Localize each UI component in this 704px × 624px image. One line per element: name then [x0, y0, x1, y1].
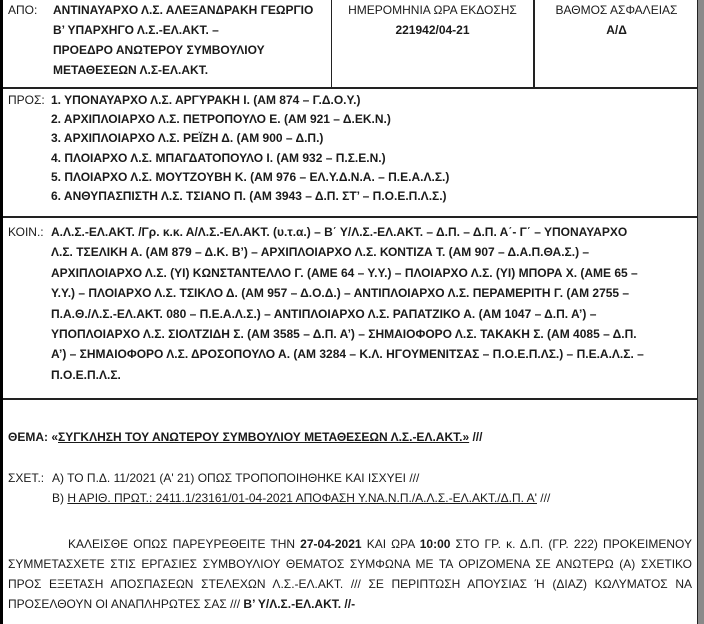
recipient-item: 6. ΑΝΘΥΠΑΣΠΙΣΤΗ Λ.Σ. ΤΣΙΑΝΟ Π. (ΑΜ 3943 …: [51, 187, 449, 206]
copies-line: ΑΡΧΙΠΛΟΙΑΡΧΟ Λ.Σ. (ΥΙ) ΚΩΝΣΤΑΝΤΕΛΛΟ Γ. (…: [51, 263, 691, 283]
from-line: ΠΡΟΕΔΡΟ ΑΝΩΤΕΡΟΥ ΣΥΜΒΟΥΛΙΟΥ: [53, 40, 343, 60]
viewer-background: [698, 0, 704, 624]
message-body: ΚΑΛΕΙΣΘΕ ΟΠΩΣ ΠΑΡΕΥΡΕΘΕΙΤΕ ΤΗΝ 27-04-202…: [8, 534, 692, 614]
reference-text: Η ΑΡΙΘ. ΠΡΩΤ.: 2411.1/23161/01-04-2021 Α…: [67, 491, 537, 505]
from-lines: ΑΝΤΙΝΑΥΑΡΧΟ Λ.Σ. ΑΛΕΞΑΝΔΡΑΚΗ ΓΕΩΡΓΙΟ Β’ …: [53, 0, 343, 80]
issue-date-cell: ΗΜΕΡΟΜΗΝΙΑ ΩΡΑ ΕΚΔΟΣΗΣ 221942/04-21: [332, 0, 533, 40]
issue-date-value: 221942/04-21: [332, 20, 533, 40]
recipients-section: ΠΡΟΣ: 1. ΥΠΟΝΑΥΑΡΧΟ Λ.Σ. ΑΡΓΥΡΑΚΗ Ι. (ΑΜ…: [3, 89, 698, 218]
issue-date-label: ΗΜΕΡΟΜΗΝΙΑ ΩΡΑ ΕΚΔΟΣΗΣ: [332, 0, 533, 20]
copies-line: Π.Α.Θ./Λ.Σ.-ΕΛ.ΑΚΤ. 080 – Π.Ε.Α.Λ.Σ.) – …: [51, 304, 691, 324]
signature: Β’ Υ/Λ.Σ.-ΕΛ.ΑΚΤ. //-: [243, 597, 355, 611]
copies-line: Α’) – ΣΗΜΑΙΟΦΟΡΟ Λ.Σ. ΔΡΟΣΟΠΟΥΛΟ Α. (ΑΜ …: [51, 344, 691, 364]
recipient-item: 4. ΠΛΟΙΑΡΧΟ Λ.Σ. ΜΠΑΓΔΑΤΟΠΟΥΛΟ Ι. (ΑΜ 93…: [51, 149, 449, 168]
meeting-time: 10:00: [420, 537, 451, 551]
subject-label: ΘΕΜΑ: «: [8, 430, 58, 444]
document-page: ΑΠΟ: ΑΝΤΙΝΑΥΑΡΧΟ Λ.Σ. ΑΛΕΞΑΝΔΡΑΚΗ ΓΕΩΡΓΙ…: [0, 0, 698, 624]
subject-title: ΣΥΓΚΛΗΣΗ ΤΟΥ ΑΝΩΤΕΡΟΥ ΣΥΜΒΟΥΛΙΟΥ ΜΕΤΑΘΕΣ…: [58, 430, 469, 444]
subject-line: ΘΕΜΑ: «ΣΥΓΚΛΗΣΗ ΤΟΥ ΑΝΩΤΕΡΟΥ ΣΥΜΒΟΥΛΙΟΥ …: [8, 430, 482, 444]
copies-label: ΚΟΙΝ.:: [8, 222, 44, 242]
recipient-item: 5. ΠΛΟΙΑΡΧΟ Λ.Σ. ΜΟΥΤΖΟΥΒΗ Κ. (ΑΜ 976 – …: [51, 168, 449, 187]
copies-section: ΚΟΙΝ.: Α.Λ.Σ.-ΕΛ.ΑΚΤ. /Γρ. κ.κ. Α/Λ.Σ.-Ε…: [3, 218, 698, 400]
copies-line: Υ.Υ.) – ΠΛΟΙΑΡΧΟ Λ.Σ. ΤΣΙΚΛΟ Δ. (ΑΜ 957 …: [51, 283, 691, 303]
security-level-cell: ΒΑΘΜΟΣ ΑΣΦΑΛΕΙΑΣ Α/Δ: [535, 0, 698, 40]
copies-text: Α.Λ.Σ.-ΕΛ.ΑΚΤ. /Γρ. κ.κ. Α/Λ.Σ.-ΕΛ.ΑΚΤ. …: [51, 222, 691, 385]
body-text: ΚΑΙ ΩΡΑ: [362, 537, 420, 551]
from-label: ΑΠΟ:: [8, 0, 37, 20]
recipients-list: 1. ΥΠΟΝΑΥΑΡΧΟ Λ.Σ. ΑΡΓΥΡΑΚΗ Ι. (ΑΜ 874 –…: [51, 91, 449, 206]
reference-item: Α) ΤΟ Π.Δ. 11/2021 (Α' 21) ΟΠΩΣ ΤΡΟΠΟΠΟΙ…: [52, 468, 550, 488]
body-paragraph: ΚΑΛΕΙΣΘΕ ΟΠΩΣ ΠΑΡΕΥΡΕΘΕΙΤΕ ΤΗΝ 27-04-202…: [8, 534, 692, 614]
copies-line: ΥΠΟΠΛΟΙΑΡΧΟ Λ.Σ. ΣΙΟΛΤΖΙΔΗ Σ. (ΑΜ 3585 –…: [51, 324, 691, 344]
references-label: ΣΧΕΤ.:: [8, 468, 44, 488]
references-list: Α) ΤΟ Π.Δ. 11/2021 (Α' 21) ΟΠΩΣ ΤΡΟΠΟΠΟΙ…: [52, 468, 550, 508]
reference-prefix: Α): [52, 471, 67, 485]
body-text: ΚΑΛΕΙΣΘΕ ΟΠΩΣ ΠΑΡΕΥΡΕΘΕΙΤΕ ΤΗΝ: [68, 537, 300, 551]
from-line: ΜΕΤΑΘΕΣΕΩΝ Λ.Σ-ΕΛ.ΑΚΤ.: [53, 60, 343, 80]
reference-item: Β) Η ΑΡΙΘ. ΠΡΩΤ.: 2411.1/23161/01-04-202…: [52, 488, 550, 508]
header-table: ΑΠΟ: ΑΝΤΙΝΑΥΑΡΧΟ Λ.Σ. ΑΛΕΞΑΝΔΡΑΚΗ ΓΕΩΡΓΙ…: [3, 0, 698, 89]
copies-line: Π.Ο.Ε.Π.Λ.Σ.: [51, 365, 691, 385]
meeting-date: 27-04-2021: [300, 537, 361, 551]
recipient-item: 1. ΥΠΟΝΑΥΑΡΧΟ Λ.Σ. ΑΡΓΥΡΑΚΗ Ι. (ΑΜ 874 –…: [51, 91, 449, 110]
recipient-item: 3. ΑΡΧΙΠΛΟΙΑΡΧΟ Λ.Σ. ΡΕΪΖΗ Δ. (ΑΜ 900 – …: [51, 129, 449, 148]
reference-prefix: Β): [52, 491, 67, 505]
security-level-label: ΒΑΘΜΟΣ ΑΣΦΑΛΕΙΑΣ: [535, 0, 698, 20]
security-level-value: Α/Δ: [535, 20, 698, 40]
reference-suffix: ///: [537, 491, 550, 505]
from-line: ΑΝΤΙΝΑΥΑΡΧΟ Λ.Σ. ΑΛΕΞΑΝΔΡΑΚΗ ΓΕΩΡΓΙΟ: [53, 0, 343, 20]
recipient-item: 2. ΑΡΧΙΠΛΟΙΑΡΧΟ Λ.Σ. ΠΕΤΡΟΠΟΥΛΟ Ε. (ΑΜ 9…: [51, 110, 449, 129]
subject-suffix: ///: [469, 430, 482, 444]
reference-text: ΤΟ Π.Δ. 11/2021 (Α' 21) ΟΠΩΣ ΤΡΟΠΟΠΟΙΗΘΗ…: [67, 471, 419, 485]
from-line: Β’ ΥΠΑΡΧΗΓΟ Λ.Σ.-ΕΛ.ΑΚΤ. –: [53, 20, 343, 40]
recipients-label: ΠΡΟΣ:: [8, 91, 45, 110]
copies-line: Λ.Σ. ΤΣΕΛΙΚΗ Α. (ΑΜ 879 – Δ.Κ. Β’) – ΑΡΧ…: [51, 242, 691, 262]
copies-line: Α.Λ.Σ.-ΕΛ.ΑΚΤ. /Γρ. κ.κ. Α/Λ.Σ.-ΕΛ.ΑΚΤ. …: [51, 222, 691, 242]
